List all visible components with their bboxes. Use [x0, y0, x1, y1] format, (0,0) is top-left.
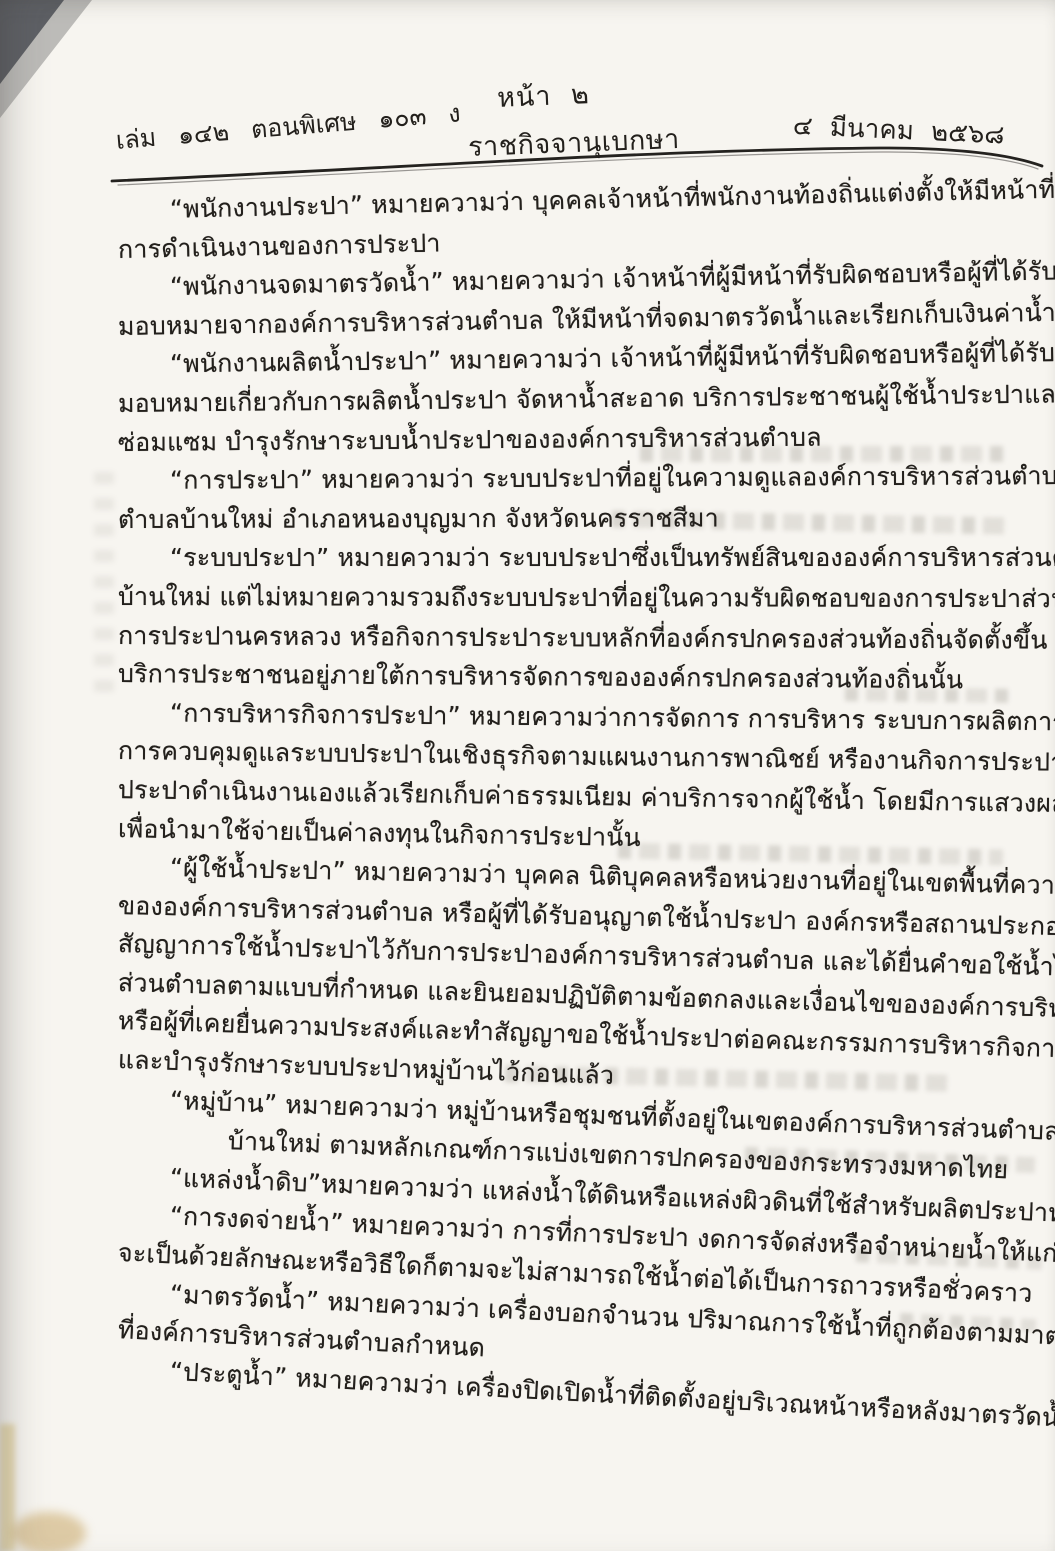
page-number: หน้า ๒	[496, 72, 591, 119]
scanned-gazette-page: หน้า ๒ เล่ม ๑๔๒ ตอนพิเศษ ๑๐๓ ง ราชกิจจาน…	[0, 0, 1055, 1551]
text-line: บริการประชาชนอยู่ภายใต้การบริหารจัดการขอ…	[118, 655, 1040, 700]
text-line: บ้านใหม่ แต่ไม่หมายความรวมถึงระบบประปาที…	[118, 578, 1040, 619]
text-line: การประปานครหลวง หรือกิจการประปาระบบหลักท…	[118, 617, 1040, 660]
gazette-title: ราชกิจจานุเบกษา	[467, 117, 680, 168]
body-lines: “พนักงานประปา” หมายความว่า บุคคลเจ้าหน้า…	[118, 192, 1040, 1388]
paper-stain	[12, 1512, 86, 1551]
text-line: มอบหมายเกี่ยวกับการผลิตน้ำประปา จัดหาน้ำ…	[118, 376, 1040, 424]
text-line: ตำบลบ้านใหม่ อำเภอหนองบุญมาก จังหวัดนครร…	[118, 498, 1040, 539]
text-line: ซ่อมแซม บำรุงรักษาระบบน้ำประปาขององค์การ…	[118, 416, 1040, 462]
text-line: “การประปา” หมายความว่า ระบบประปาที่อยู่ใ…	[118, 457, 1040, 500]
text-line: “ระบบประปา” หมายความว่า ระบบประปาซึ่งเป็…	[118, 539, 1040, 578]
